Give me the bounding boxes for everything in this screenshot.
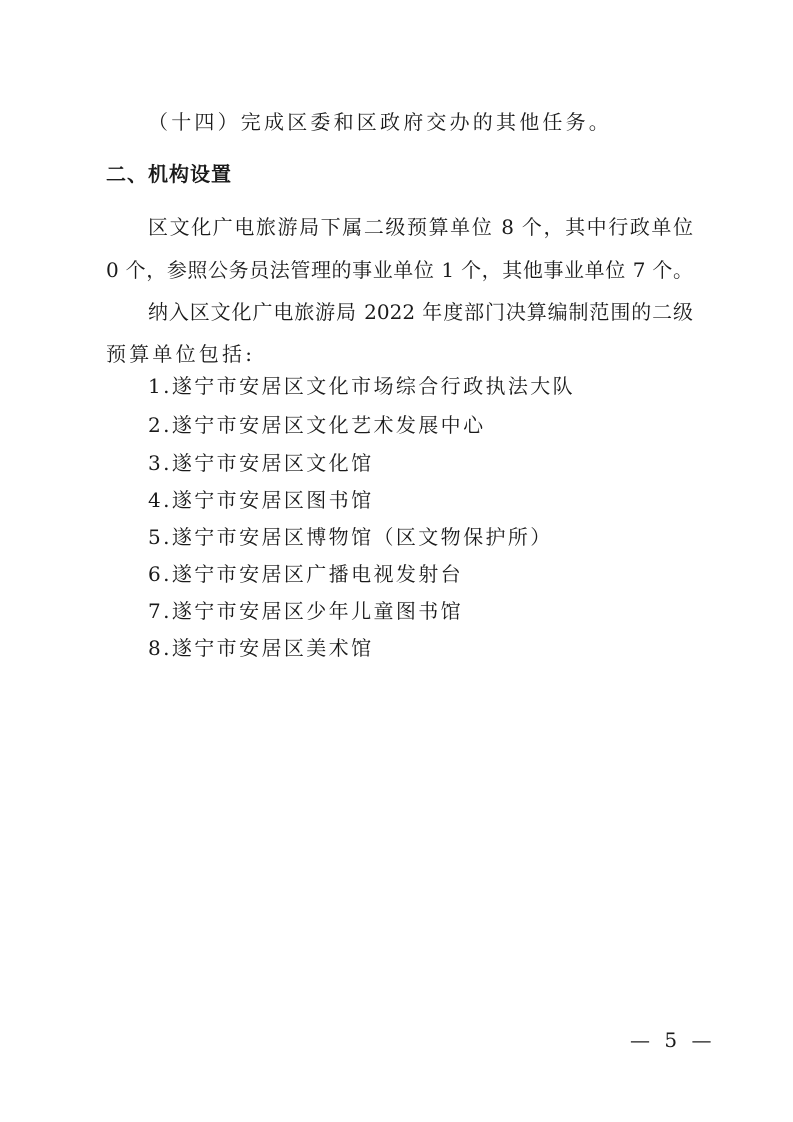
paragraph1-line1: 区文化广电旅游局下属二级预算单位 8 个，其中行政单位: [148, 213, 693, 241]
list-item: 6.遂宁市安居区广播电视发射台: [148, 560, 463, 588]
paragraph2-line2: 预算单位包括:: [106, 340, 255, 368]
continued-duty-item: （十四）完成区委和区政府交办的其他任务。: [148, 108, 612, 136]
list-item: 8.遂宁市安居区美术馆: [148, 634, 373, 662]
list-item: 5.遂宁市安居区博物馆（区文物保护所）: [148, 523, 553, 551]
list-item: 2.遂宁市安居区文化艺术发展中心: [148, 411, 485, 439]
list-item: 7.遂宁市安居区少年儿童图书馆: [148, 597, 463, 625]
list-item: 4.遂宁市安居区图书馆: [148, 486, 373, 514]
paragraph2-line1: 纳入区文化广电旅游局 2022 年度部门决算编制范围的二级: [148, 298, 693, 326]
list-item: 3.遂宁市安居区文化馆: [148, 449, 373, 477]
section-heading: 二、机构设置: [106, 160, 232, 188]
paragraph1-line2: 0 个，参照公务员法管理的事业单位 1 个，其他事业单位 7 个。: [106, 256, 693, 284]
list-item: 1.遂宁市安居区文化市场综合行政执法大队: [148, 372, 575, 400]
page-number: — 5 —: [630, 1026, 715, 1054]
